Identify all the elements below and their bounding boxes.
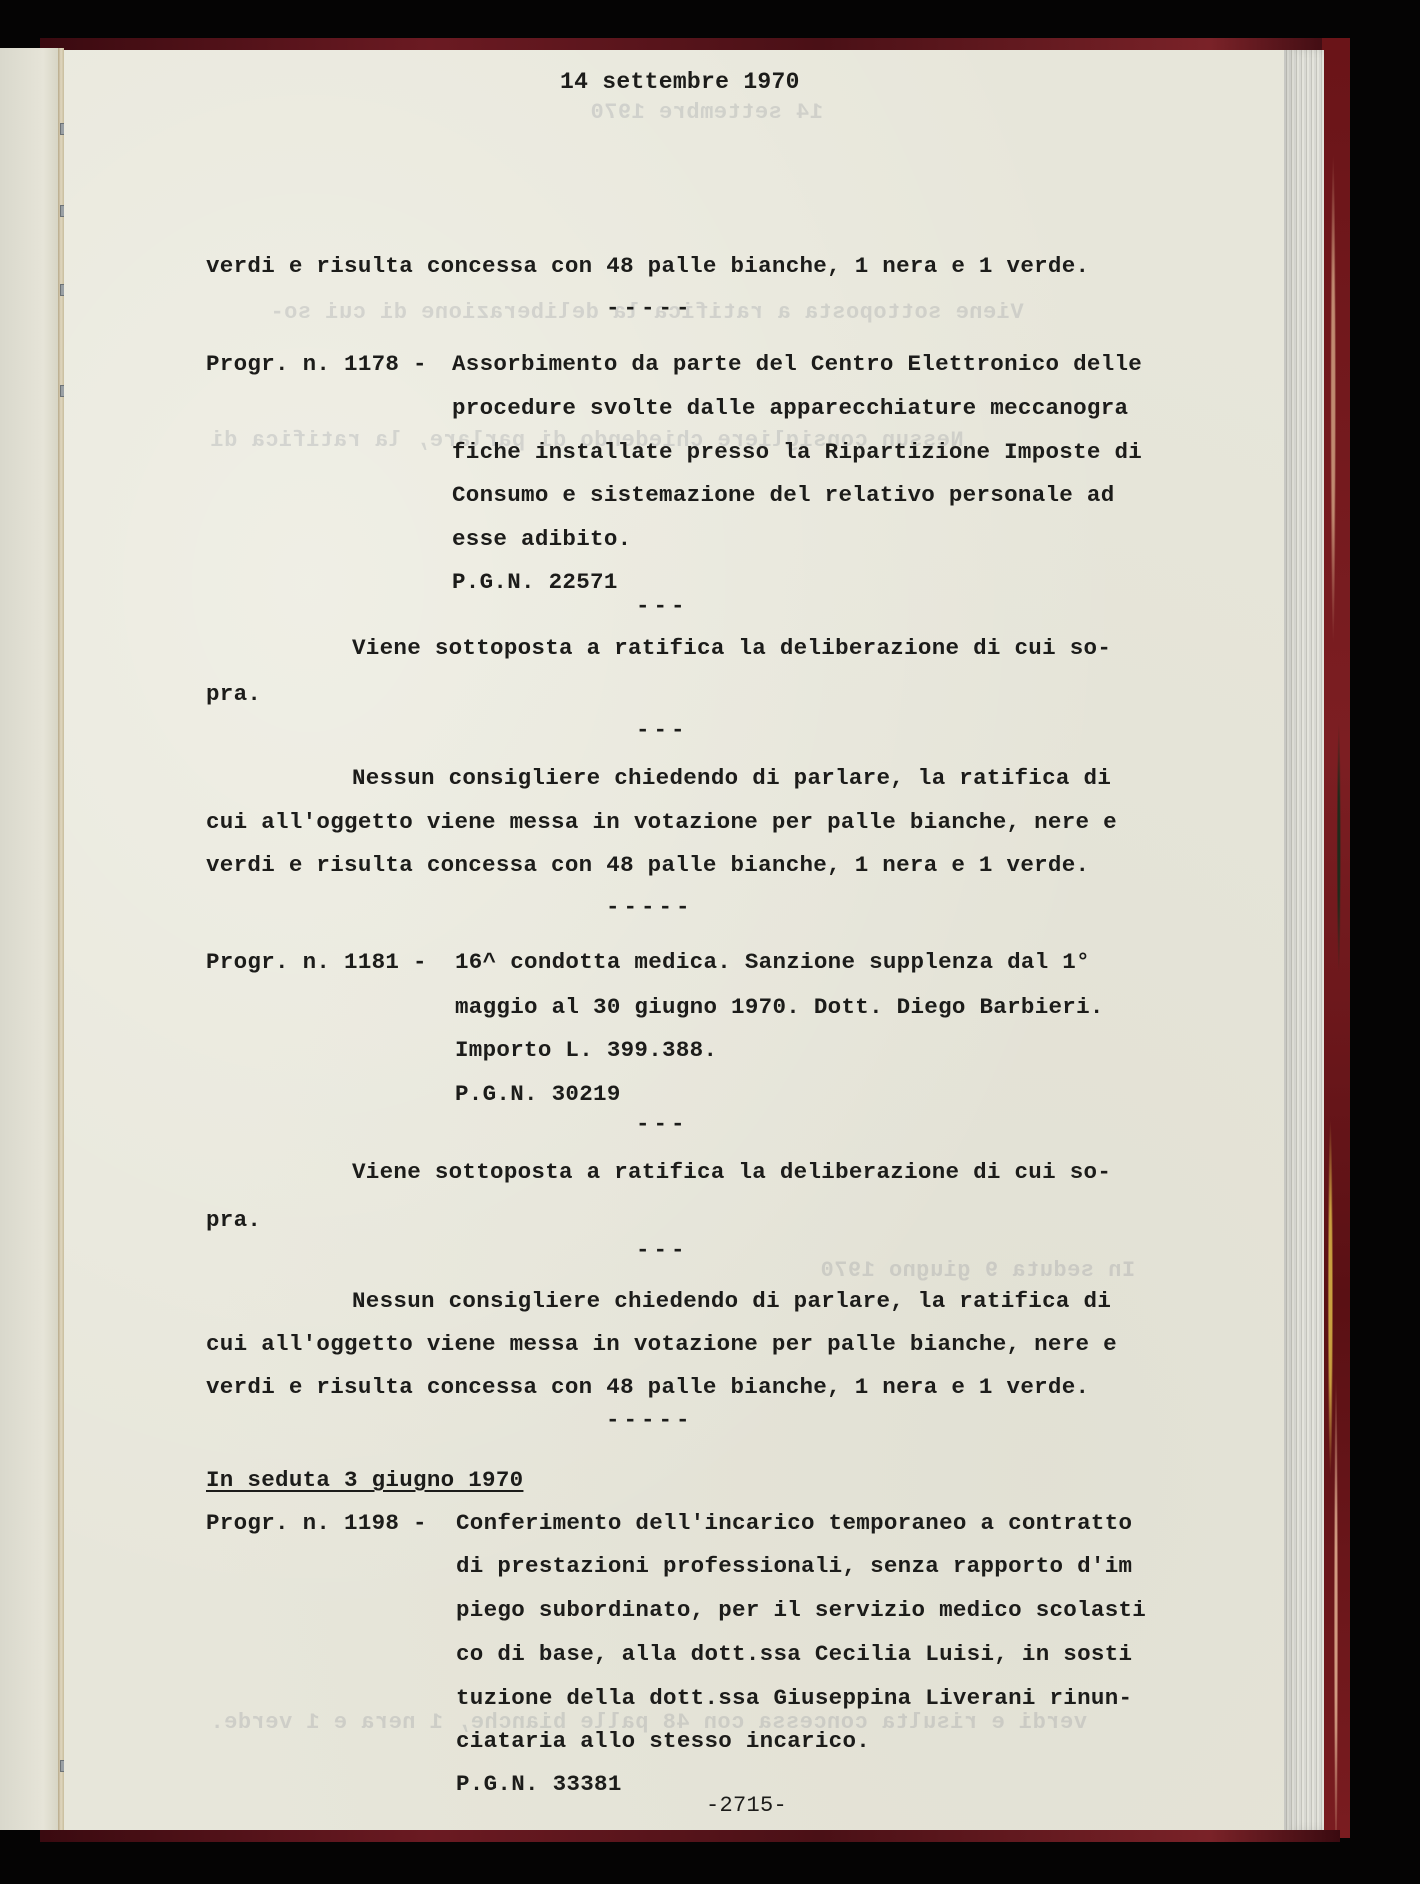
vote-text: Nessun consigliere chiedendo di parlare,… [352, 1287, 1111, 1315]
item-1178-text: procedure svolte dalle apparecchiature m… [452, 394, 1128, 422]
item-1181-text: maggio al 30 giugno 1970. Dott. Diego Ba… [455, 993, 1104, 1021]
item-1198-text: co di base, alla dott.ssa Cecilia Luisi,… [456, 1640, 1132, 1668]
separator: ----- [606, 294, 694, 322]
seduta-heading: In seduta 3 giugno 1970 [206, 1466, 523, 1494]
item-1178-text: Assorbimento da parte del Centro Elettro… [452, 350, 1142, 378]
ratifica-text: Viene sottoposta a ratifica la deliberaz… [352, 1158, 1111, 1186]
item-1178-text: esse adibito. [452, 525, 631, 553]
ratifica-text: pra. [206, 1206, 261, 1234]
item-1178-pgn: P.G.N. 22571 [452, 568, 618, 596]
item-1198-label: Progr. n. 1198 - [206, 1509, 427, 1537]
item-1198-text: Conferimento dell'incarico temporaneo a … [456, 1509, 1132, 1537]
separator: ----- [606, 893, 694, 921]
item-1178-text: Consumo e sistemazione del relativo pers… [452, 481, 1115, 509]
separator: --- [636, 592, 689, 620]
item-1198-text: di prestazioni professionali, senza rapp… [456, 1552, 1132, 1580]
bleed-through-header: 14 settembre 1970 [590, 100, 823, 125]
item-1198-text: tuzione della dott.ssa Giuseppina Livera… [456, 1684, 1132, 1712]
item-1198-text: ciataria allo stesso incarico. [456, 1727, 870, 1755]
item-1181-pgn: P.G.N. 30219 [455, 1080, 621, 1108]
previous-page-edge [0, 48, 62, 1830]
separator: --- [636, 1236, 689, 1264]
page-header-date: 14 settembre 1970 [560, 68, 800, 96]
vote-text: cui all'oggetto viene messa in votazione… [206, 808, 1117, 836]
ratifica-text: Viene sottoposta a ratifica la deliberaz… [352, 634, 1111, 662]
carryover-line: verdi e risulta concessa con 48 palle bi… [206, 252, 1089, 280]
bleed-through-line: In seduta 9 giugno 1970 [820, 1258, 1135, 1283]
item-1181-text: 16^ condotta medica. Sanzione supplenza … [455, 948, 1090, 976]
item-1181-text: Importo L. 399.388. [455, 1036, 717, 1064]
item-1198-pgn: P.G.N. 33381 [456, 1770, 622, 1798]
separator: --- [636, 1110, 689, 1138]
separator: ----- [606, 1406, 694, 1434]
page-number: -2715- [706, 1792, 787, 1820]
item-1178-label: Progr. n. 1178 - [206, 350, 427, 378]
vote-text: verdi e risulta concessa con 48 palle bi… [206, 1373, 1089, 1401]
item-1181-label: Progr. n. 1181 - [206, 948, 427, 976]
item-1178-text: fiche installate presso la Ripartizione … [452, 438, 1142, 466]
separator: --- [636, 716, 689, 744]
page-stack-edge [1284, 50, 1324, 1830]
vote-text: Nessun consigliere chiedendo di parlare,… [352, 764, 1111, 792]
vote-text: cui all'oggetto viene messa in votazione… [206, 1330, 1117, 1358]
book-cover-bottom-edge [40, 1830, 1340, 1842]
ratifica-text: pra. [206, 680, 261, 708]
item-1198-text: piego subordinato, per il servizio medic… [456, 1596, 1146, 1624]
book-cover-marbled-edge [1322, 38, 1350, 1838]
vote-text: verdi e risulta concessa con 48 palle bi… [206, 851, 1089, 879]
